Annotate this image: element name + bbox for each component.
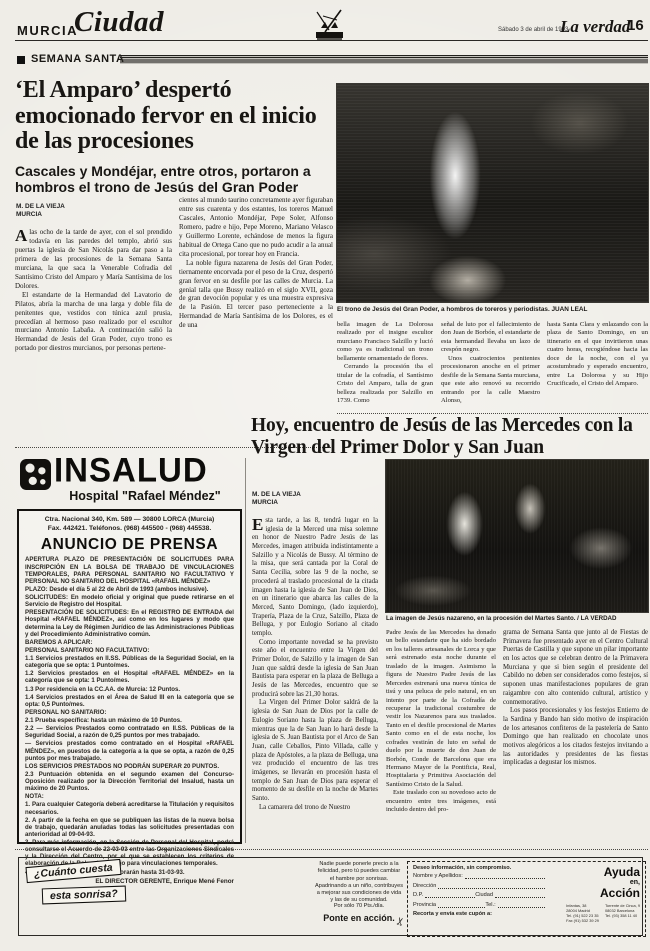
article2-headline: Hoy, encuentro de Jesús de las Mercedes … [251,415,649,459]
header-date: Sábado 3 de abril de 1993 [498,27,568,33]
article1-column-5: hasta Santa Clara y enlazando con la pla… [547,321,648,412]
coupon-form: Deseo información, sin compromiso. Nombr… [413,865,545,933]
coupon-dp-line [425,892,475,898]
coupon-address-line [438,883,545,889]
coupon-address-barcelona: Torrente de Cinca, 9 08032 Barcelona Tel… [605,904,640,924]
article2-column-1-text: sta tarde, a las 8, tendrá lugar en la i… [252,517,378,812]
article2-column-3: grama de Semana Santa que junto al de Fi… [503,629,648,840]
article2-byline-author: M. DE LA VIEJA [252,491,301,499]
article1-subhead: Cascales y Mondéjar, entre otros, portar… [15,163,337,195]
coupon-addresses: Infantas, 38 28004 Madrid Tel. (91) 522 … [566,904,640,924]
article2-column-2-text: Padre Jesús de las Mercedes ha donado un… [386,629,496,815]
header-page-number: 16 [627,17,644,34]
article2-dropcap: E [252,517,265,532]
insalud-ad-box: Ctra. Nacional 340, Km. 589 — 30800 LORC… [17,509,242,844]
bottom-ad-pitch: Nadie puede ponerle precio a la felicida… [315,861,403,905]
coupon-field-name: Nombre y Apellidos: [413,873,545,879]
article1-column-1: A las ocho de la tarde de ayer, con el s… [15,228,172,444]
kicker-stripe-rule [120,55,648,64]
article1-dropcap: A [15,228,29,243]
coupon-city-line [495,892,545,898]
column-vertical-rule [245,458,246,843]
procession-ornament-icon [303,6,355,42]
coupon-name-line [465,873,545,879]
insalud-ad-title: ANUNCIO DE PRENSA [25,536,234,554]
article1-column-4-text: señal de luto por el fallecimiento de do… [441,321,540,405]
insalud-ad-body: APERTURA PLAZO DE PRESENTACIÓN DE SOLICI… [25,556,234,875]
article2-photo-caption: La imagen de Jesús nazareno, en la proce… [386,615,648,622]
article1-column-3: bella imagen de La Dolorosa realizado po… [337,321,433,412]
header-masthead: La verdad [560,17,630,37]
article2-column-2: Padre Jesús de las Mercedes ha donado un… [386,629,496,840]
bottom-ad-price: Por sólo 70 Pts./día. [315,903,403,909]
article1-photo [337,84,648,302]
dotted-rule-right [337,413,648,414]
article1-byline-city: MURCIA [16,211,65,219]
coupon-send-line: Recorta y envía este cupón a: [413,911,545,917]
coupon-field-province-phone: Provincia Tel.: [413,902,545,908]
article1-column-5-text: hasta Santa Clara y enlazando con la pla… [547,321,648,389]
coupon-address-madrid: Infantas, 38 28004 Madrid Tel. (91) 522 … [566,904,599,924]
article2-column-1: E sta tarde, a las 8, tendrá lugar en la… [252,517,378,839]
article1-headline: ‘El Amparo’ despertó emocionado fervor e… [15,78,337,155]
bottom-ad-hook-line2: esta sonrisa? [42,886,126,905]
coupon-field-dp-city: D.P. Ciudad [413,892,545,898]
article2-photo [386,460,648,612]
article1-photo-caption: El trono de Jesús del Gran Poder, a homb… [337,306,648,313]
article1-column-4: señal de luto por el fallecimiento de do… [441,321,540,412]
coupon-field-address: Dirección [413,883,545,889]
article1-column-3-text: bella imagen de La Dolorosa realizado po… [337,321,433,405]
article1-column-1-text: las ocho de la tarde de ayer, con el sol… [15,228,172,353]
article1-column-2-text: cientes al mundo taurino concretamente a… [179,196,333,330]
dotted-rule-bottom [15,849,648,850]
insalud-logo-icon [20,459,51,490]
kicker-square-icon [17,56,25,64]
article2-column-3-text: grama de Semana Santa que junto al de Fi… [503,629,648,768]
insalud-brand: INSALUD [54,450,240,490]
coupon-brand-area: Ayuda en, Acción Infantas, 38 28004 Madr… [545,865,640,933]
coupon-intro: Deseo información, sin compromiso. [413,865,545,871]
article1-byline: M. DE LA VIEJA MURCIA [16,203,65,220]
header-section-title: Ciudad [74,6,164,39]
insalud-hospital-name: Hospital "Rafael Méndez" [50,489,240,503]
coupon-province-line [438,902,485,908]
coupon-phone-line [498,902,545,908]
article1-byline-author: M. DE LA VIEJA [16,203,65,211]
header-region-label: MURCIA [17,23,78,38]
ayuda-en-accion-logo: Ayuda en, Acción [600,865,640,901]
kicker-label: SEMANA SANTA [31,53,124,65]
article1-column-2: cientes al mundo taurino concretamente a… [179,196,333,444]
bottom-ad-cta: Ponte en acción. [311,913,407,923]
insalud-address: Ctra. Nacional 340, Km. 589 — 30800 LORC… [25,516,234,525]
article2-byline: M. DE LA VIEJA MURCIA [252,491,301,508]
insalud-phones: Fax. 442421. Teléfonos. (968) 445500 - (… [25,525,234,534]
article2-byline-city: MURCIA [252,499,301,507]
coupon-box: Deseo información, sin compromiso. Nombr… [407,861,646,937]
newspaper-page: { "header": { "region": "MURCIA", "secti… [0,0,650,951]
bottom-ad-child-photo [141,859,310,932]
